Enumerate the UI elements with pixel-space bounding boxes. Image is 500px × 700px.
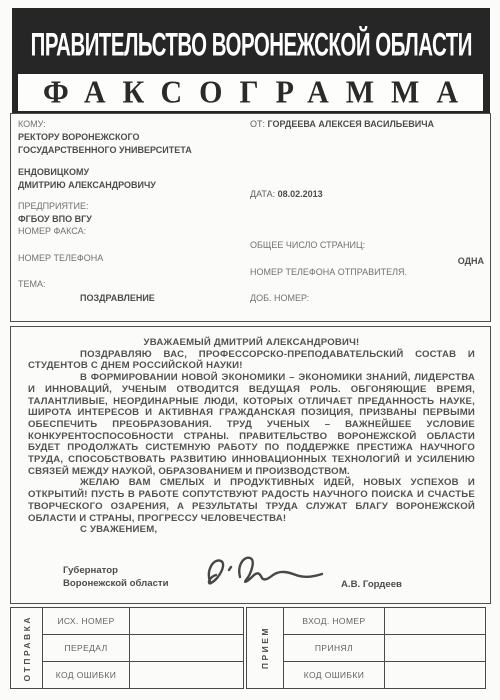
- date-field: ДАТА: 08.02.2013: [250, 189, 323, 200]
- ext-number-label: ДОБ. НОМЕР:: [250, 293, 309, 304]
- signer-title: Губернатор Воронежской области: [63, 564, 169, 590]
- org-title-wrap: ПРАВИТЕЛЬСТВО ВОРОНЕЖСКОЙ ОБЛАСТИ: [12, 20, 490, 70]
- row-label: КОД ОШИБКИ: [43, 662, 130, 688]
- letter-salutation: УВАЖАЕМЫЙ ДМИТРИЙ АЛЕКСАНДРОВИЧ!: [28, 337, 475, 349]
- send-rows: ИСХ. НОМЕР ПЕРЕДАЛ КОД ОШИБКИ: [43, 608, 243, 688]
- from-label: ОТ:: [250, 119, 265, 129]
- send-section-label: ОТПРАВКА: [22, 615, 32, 681]
- letter-paragraph-3: ЖЕЛАЮ ВАМ СМЕЛЫХ И ПРОДУКТИВНЫХ ИДЕЙ, НО…: [28, 477, 475, 524]
- subject-label: ТЕМА:: [18, 279, 46, 290]
- date-label: ДАТА:: [250, 189, 275, 199]
- to-org-line-1: РЕКТОРУ ВОРОНЕЖСКОГО: [18, 132, 140, 143]
- row-value: [130, 608, 243, 634]
- enterprise-label: ПРЕДПРИЯТИЕ:: [18, 201, 88, 212]
- row-value: [385, 662, 485, 688]
- row-label: ВХОД. НОМЕР: [284, 608, 385, 634]
- row-value: [385, 608, 485, 634]
- row-value: [130, 635, 243, 661]
- signer-title-line-2: Воронежской области: [63, 577, 169, 590]
- row-value: [130, 662, 243, 688]
- signer-title-line-1: Губернатор: [63, 564, 169, 577]
- doc-type-title: ФАКСОГРАММА: [43, 75, 475, 111]
- to-person-line-1: ЕНДОВИЦКОМУ: [18, 167, 89, 178]
- enterprise-value: ФГБОУ ВПО ВГУ: [18, 214, 92, 225]
- row-label: ПЕРЕДАЛ: [43, 635, 130, 661]
- table-row: ПЕРЕДАЛ: [43, 635, 243, 662]
- from-value: ГОРДЕЕВА АЛЕКСЕЯ ВАСИЛЬЕВИЧА: [268, 119, 435, 129]
- signer-name: А.В. Гордеев: [341, 579, 402, 590]
- fax-title-strip: ФАКСОГРАММА: [18, 74, 483, 111]
- pages-label: ОБЩЕЕ ЧИСЛО СТРАНИЦ:: [250, 240, 365, 251]
- from-field: ОТ: ГОРДЕЕВА АЛЕКСЕЯ ВАСИЛЬЕВИЧА: [250, 119, 434, 130]
- row-label: КОД ОШИБКИ: [284, 662, 385, 688]
- to-person-line-2: ДМИТРИЮ АЛЕКСАНДРОВИЧУ: [18, 180, 156, 191]
- pages-value: ОДНА: [458, 256, 484, 267]
- receive-section-label: ПРИЕМ: [260, 626, 270, 669]
- to-label: КОМУ:: [18, 119, 46, 130]
- table-row: КОД ОШИБКИ: [284, 662, 485, 688]
- row-label: ПРИНЯЛ: [284, 635, 385, 661]
- row-label: ИСХ. НОМЕР: [43, 608, 130, 634]
- letter-paragraph-1: ПОЗДРАВЛЯЮ ВАС, ПРОФЕССОРСКО-ПРЕПОДАВАТЕ…: [28, 349, 475, 372]
- send-section-cell: ОТПРАВКА: [11, 608, 43, 688]
- table-row: ИСХ. НОМЕР: [43, 608, 243, 635]
- letter-closing: С УВАЖЕНИЕМ,: [28, 524, 475, 536]
- org-header-band: ПРАВИТЕЛЬСТВО ВОРОНЕЖСКОЙ ОБЛАСТИ ФАКСОГ…: [12, 8, 490, 113]
- table-row: ПРИНЯЛ: [284, 635, 485, 662]
- send-table: ОТПРАВКА ИСХ. НОМЕР ПЕРЕДАЛ КОД ОШИБКИ: [10, 607, 244, 689]
- receive-table: ПРИЕМ ВХОД. НОМЕР ПРИНЯЛ КОД ОШИБКИ: [246, 607, 486, 689]
- sender-phone-label: НОМЕР ТЕЛЕФОНА ОТПРАВИТЕЛЯ.: [250, 267, 407, 278]
- row-value: [385, 635, 485, 661]
- receive-rows: ВХОД. НОМЕР ПРИНЯЛ КОД ОШИБКИ: [284, 608, 485, 688]
- to-org-line-2: ГОСУДАРСТВЕННОГО УНИВЕРСИТЕТА: [18, 145, 192, 156]
- receive-section-cell: ПРИЕМ: [247, 608, 284, 688]
- signature-image: [196, 549, 331, 593]
- letter-paragraph-2: В ФОРМИРОВАНИИ НОВОЙ ЭКОНОМИКИ – ЭКОНОМИ…: [28, 372, 475, 477]
- letter-text: УВАЖАЕМЫЙ ДМИТРИЙ АЛЕКСАНДРОВИЧ! ПОЗДРАВ…: [28, 337, 475, 536]
- fax-number-label: НОМЕР ФАКСА:: [18, 226, 86, 237]
- subject-value: ПОЗДРАВЛЕНИЕ: [80, 293, 155, 304]
- letter-body-box: УВАЖАЕМЫЙ ДМИТРИЙ АЛЕКСАНДРОВИЧ! ПОЗДРАВ…: [10, 326, 491, 604]
- phone-label: НОМЕР ТЕЛЕФОНА: [18, 253, 103, 264]
- fax-document: ПРАВИТЕЛЬСТВО ВОРОНЕЖСКОЙ ОБЛАСТИ ФАКСОГ…: [0, 0, 500, 700]
- table-row: КОД ОШИБКИ: [43, 662, 243, 688]
- date-value: 08.02.2013: [278, 189, 323, 199]
- org-title: ПРАВИТЕЛЬСТВО ВОРОНЕЖСКОЙ ОБЛАСТИ: [30, 26, 471, 64]
- table-row: ВХОД. НОМЕР: [284, 608, 485, 635]
